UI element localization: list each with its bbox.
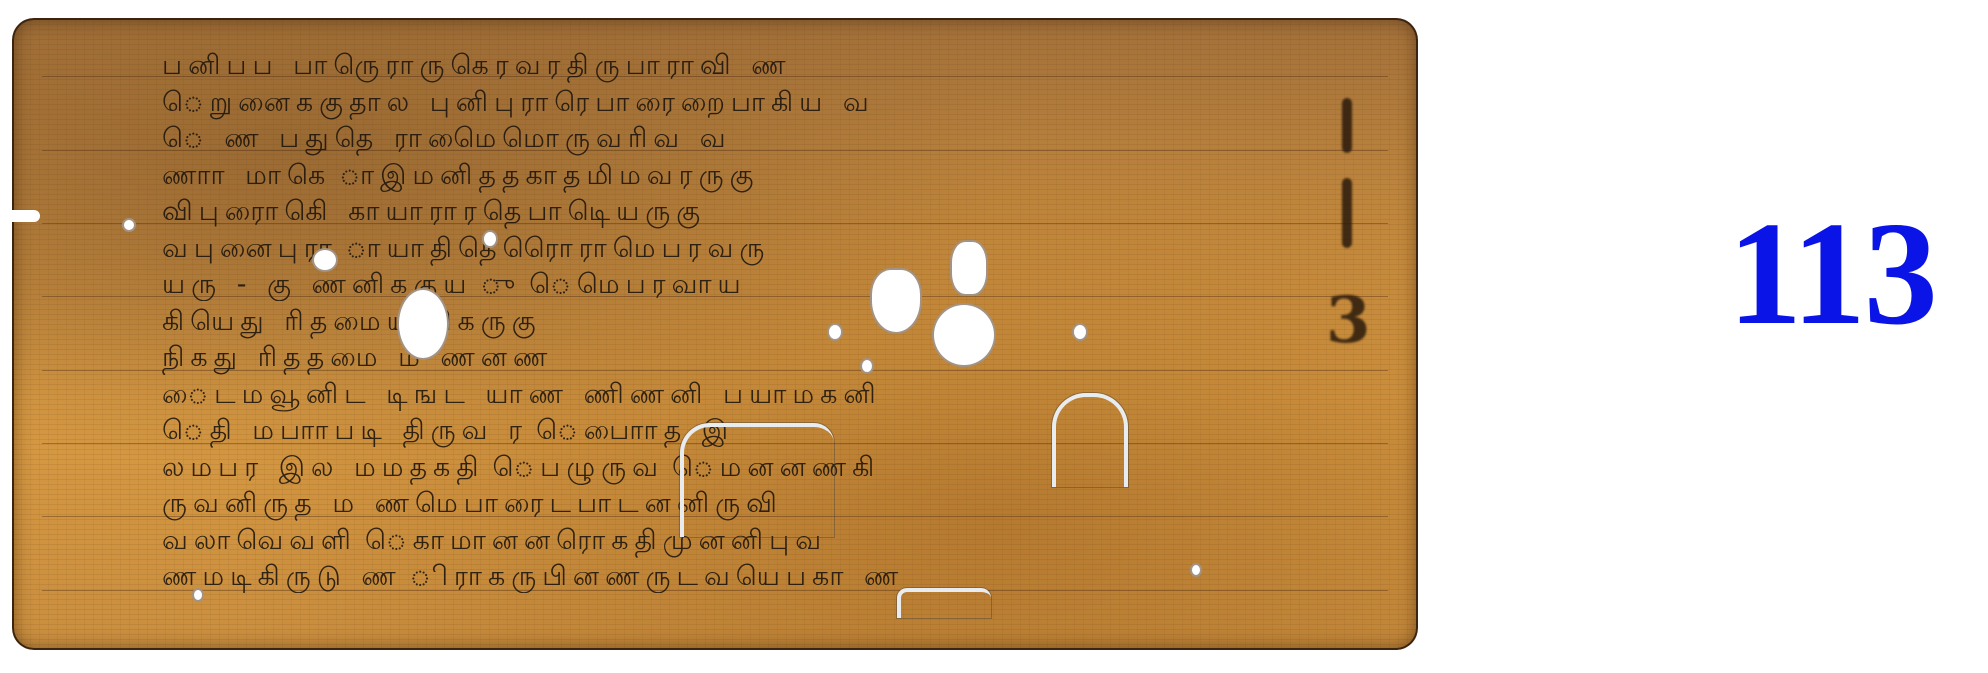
- small-hole: [1190, 563, 1202, 577]
- damage-hole: [950, 240, 988, 296]
- text-line: பனிபப பாருெராருகெரவரதிருபாராவி ண: [162, 48, 1312, 85]
- text-line: விபுரைாகிெ காயாராரதெபாடிெயருகு: [162, 194, 1312, 231]
- repair-wire: [1052, 393, 1128, 487]
- small-hole: [122, 218, 136, 232]
- text-line: ணாா மாகெ ாஇமனிததகாதமிமவரருகு: [162, 158, 1312, 195]
- damage-hole: [870, 268, 922, 334]
- palm-leaf: பனிபப பாருெராருகெரவரதிருபாராவி ண ெறுனைகக…: [12, 18, 1418, 650]
- text-line: ெ ண பதுதெ ராமெைமொருவரிவ வ: [162, 121, 1312, 158]
- repair-wire: [680, 423, 834, 537]
- marginal-numeral-stroke: [1342, 98, 1352, 153]
- text-line: கியெது ரிதமைய சிகருகு: [162, 304, 1312, 341]
- folio-number: 113: [1728, 200, 1936, 348]
- small-hole: [860, 358, 874, 374]
- damage-hole: [312, 248, 338, 272]
- small-hole: [1072, 323, 1088, 341]
- small-hole: [192, 588, 204, 602]
- text-line: ெறுனைககுதால புனிபுராரெபாரைறைபாகிய வ: [162, 85, 1312, 122]
- leaf-notch: [0, 210, 40, 222]
- binding-hole: [397, 288, 449, 360]
- marginal-numeral-stroke: [1342, 178, 1352, 248]
- repair-wire: [897, 588, 991, 618]
- small-hole: [827, 323, 843, 341]
- binding-hole: [932, 303, 996, 367]
- marginal-numeral-three: 3: [1326, 283, 1371, 358]
- small-hole: [482, 230, 498, 248]
- marginal-folio-mark: 3: [1322, 98, 1382, 358]
- text-line: ணமடிகிருடு ண ிராகருபினணருடவயெபகா ண: [162, 559, 1312, 596]
- text-line: யரு - கு ணனிககுய ு ெமெபரவாய: [162, 267, 1312, 304]
- text-line: நிகது ரிததமை ம ணனண: [162, 340, 1312, 377]
- text-line: ைடமவூனிட டிஙட யாண ணிணனி பயாமகனி: [162, 377, 1312, 414]
